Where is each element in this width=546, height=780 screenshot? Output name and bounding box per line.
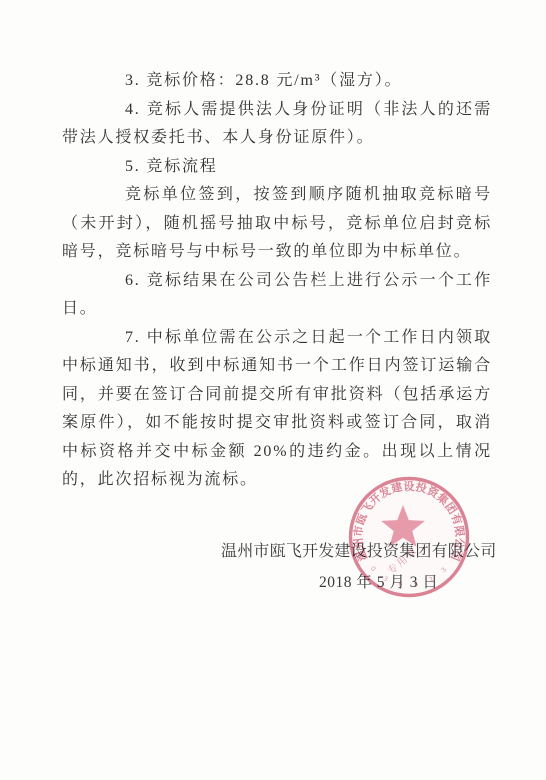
document-body: 3. 竞标价格：28.8 元/m³（湿方）。 4. 竞标人需提供法人身份证明（非… xyxy=(62,67,492,495)
paragraph-award: 7. 中标单位需在公示之日起一个工作日内领取中标通知书，收到中标通知书一个工作日… xyxy=(62,324,492,495)
paragraph-price: 3. 竞标价格：28.8 元/m³（湿方）。 xyxy=(62,67,492,96)
document-page: 3. 竞标价格：28.8 元/m³（湿方）。 4. 竞标人需提供法人身份证明（非… xyxy=(0,0,546,780)
paragraph-process-body: 竞标单位签到，按签到顺序随机抽取竞标暗号（未开封），随机摇号抽取中标号，竞标单位… xyxy=(62,181,492,267)
paragraph-publicity: 6. 竞标结果在公司公告栏上进行公示一个工作日。 xyxy=(62,267,492,324)
paragraph-process-head: 5. 竞标流程 xyxy=(62,153,492,182)
paragraph-identity: 4. 竞标人需提供法人身份证明（非法人的还需带法人授权委托书、本人身份证原件）。 xyxy=(62,96,492,153)
official-seal-stamp-icon: 温州市瓯飞开发建设投资集团有限公司 专用章 036523 xyxy=(345,476,473,600)
